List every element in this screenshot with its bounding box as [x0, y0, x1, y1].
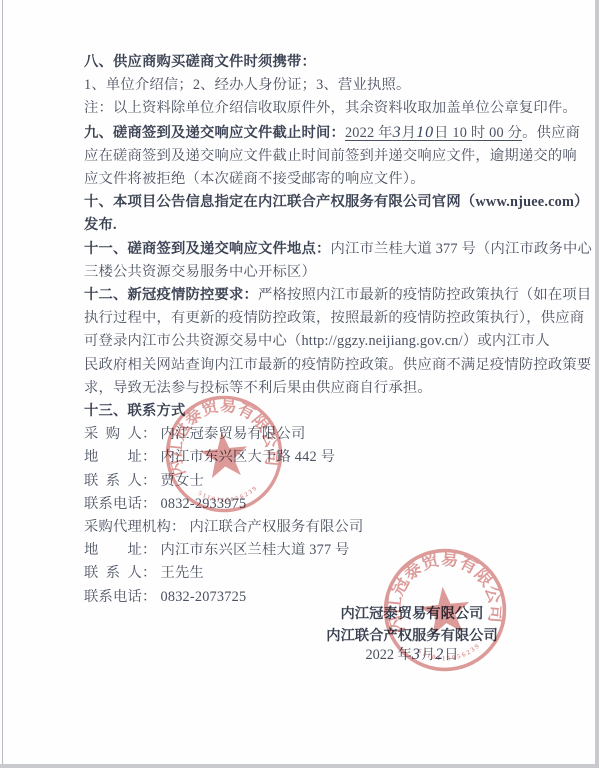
contact-colon: ： — [142, 565, 157, 581]
signoff-block: 内江冠泰贸易有限公司 内江联合产权服务有限公司 2022 年3月2日 — [322, 603, 502, 666]
deadline-date: 2022 年3月10日 10 时 00 分 — [345, 125, 522, 141]
deadline-year: 2022 年 — [345, 125, 393, 141]
section9-line3: 应文件将被拒绝（本次磋商不接受邮寄的响应文件）。 — [84, 168, 584, 191]
section12-line5: 求，导致无法参与投标等不利后果由供应商自行承担。 — [84, 377, 584, 400]
signoff-month-unit: 月 — [421, 647, 435, 663]
section10-line1: 十、本项目公告信息指定在内江联合产权服务有限公司官网（www.njuee.com… — [84, 191, 584, 214]
contact-value: 内江市东兴区兰桂大道 377 号 — [161, 542, 350, 558]
contact-label: 联系人 — [84, 562, 142, 585]
section12-line1-rest: 严格按照内江市最新的疫情防控政策执行（如在项目 — [258, 287, 591, 303]
section10-line2: 发布. — [84, 214, 584, 237]
contact-label: 地址 — [84, 539, 142, 562]
section8-heading: 八、供应商购买磋商文件时须携带： — [84, 51, 584, 74]
contact-value: 内江冠泰贸易有限公司 — [161, 426, 306, 442]
contact-label: 联系人 — [84, 470, 142, 493]
deadline-time: 日 10 时 00 分 — [434, 125, 522, 141]
scan-edge-bottom — [0, 764, 599, 768]
section12-line4: 民政府相关网站查询内江市最新的疫情防控政策。供应商不满足疫情防控政策要 — [84, 354, 584, 377]
contact-colon: ： — [142, 449, 157, 465]
section9-line2: 应在磋商签到及递交响应文件截止时间前签到并递交响应文件，逾期递交的响 — [84, 145, 584, 168]
section8-note: 注：以上资料除单位介绍信收取原件外，其余资料收取加盖单位公章复印件。 — [84, 97, 584, 120]
contact-label: 采购代理机构 — [84, 519, 171, 535]
scan-edge-left — [2, 0, 3, 768]
deadline-month-unit: 月 — [402, 125, 417, 141]
contact-row-purchaser-address: 地址：内江市东兴区大千路 442 号 — [84, 446, 584, 469]
section11-label: 十一、磋商签到及递交响应文件地点： — [84, 241, 330, 257]
section12-line1: 十二、新冠疫情防控要求：严格按照内江市最新的疫情防控政策执行（如在项目 — [84, 284, 584, 307]
scan-edge-right — [595, 0, 599, 768]
contact-colon: ： — [142, 496, 157, 512]
contact-label: 联系电话 — [84, 493, 142, 516]
contact-row-agency: 采购代理机构：内江联合产权服务有限公司 — [84, 516, 584, 539]
deadline-day-handwritten: 10 — [416, 124, 434, 141]
contact-label: 地址 — [84, 446, 142, 469]
contact-label: 采购人 — [84, 423, 142, 446]
section9-tail: 。供应商 — [522, 125, 580, 141]
contact-value: 内江市东兴区大千路 442 号 — [161, 449, 336, 465]
contact-colon: ： — [142, 589, 157, 605]
section11-address: 内江市兰桂大道 377 号（内江市政务中心 — [330, 241, 592, 257]
document-body: 八、供应商购买磋商文件时须携带： 1、单位介绍信；2、经办人身份证；3、营业执照… — [84, 51, 584, 609]
section13-heading: 十三、联系方式 — [84, 400, 584, 423]
contact-colon: ： — [142, 426, 157, 442]
contact-value: 0832-2073725 — [161, 589, 247, 605]
signoff-day-unit: 日 — [444, 647, 458, 663]
section9-label: 九、磋商签到及递交响应文件截止时间： — [84, 125, 345, 141]
contact-row-agency-person: 联系人：王先生 — [84, 562, 584, 585]
contact-colon: ： — [142, 542, 157, 558]
section9-line1: 九、磋商签到及递交响应文件截止时间：2022 年3月10日 10 时 00 分。… — [84, 121, 584, 145]
contact-row-purchaser-phone: 联系电话：0832-2933975 — [84, 493, 584, 516]
signoff-buyer-name: 内江冠泰贸易有限公司 — [322, 603, 502, 625]
contact-colon: ： — [142, 473, 157, 489]
deadline-month-handwritten: 3 — [393, 124, 402, 141]
signoff-day-handwritten: 2 — [435, 646, 444, 663]
section8-items: 1、单位介绍信；2、经办人身份证；3、营业执照。 — [84, 74, 584, 97]
contact-row-purchaser: 采购人：内江冠泰贸易有限公司 — [84, 423, 584, 446]
scanned-document-page: 八、供应商购买磋商文件时须携带： 1、单位介绍信；2、经办人身份证；3、营业执照… — [0, 0, 599, 768]
contact-value: 王先生 — [161, 565, 205, 581]
contact-row-purchaser-person: 联系人：贾女士 — [84, 470, 584, 493]
section12-line2: 执行过程中，有更新的疫情防控政策，按照最新的疫情防控政策执行），供应商 — [84, 307, 584, 330]
signoff-date-year: 2022 年 — [365, 647, 411, 663]
signoff-date: 2022 年3月2日 — [322, 644, 502, 666]
contact-colon: ： — [171, 519, 186, 535]
contact-label: 联系电话 — [84, 586, 142, 609]
section12-line3: 可登录内江市公共资源交易中心（http://ggzy.neijiang.gov.… — [84, 330, 584, 353]
contact-value: 0832-2933975 — [161, 496, 247, 512]
contact-value: 内江联合产权服务有限公司 — [189, 519, 363, 535]
signoff-month-handwritten: 3 — [412, 646, 421, 663]
contact-row-agency-address: 地址：内江市东兴区兰桂大道 377 号 — [84, 539, 584, 562]
section12-label: 十二、新冠疫情防控要求： — [84, 287, 258, 303]
contact-value: 贾女士 — [161, 473, 205, 489]
section11-line1: 十一、磋商签到及递交响应文件地点：内江市兰桂大道 377 号（内江市政务中心 — [84, 238, 584, 261]
section11-line2: 三楼公共资源交易服务中心开标区） — [84, 261, 584, 284]
